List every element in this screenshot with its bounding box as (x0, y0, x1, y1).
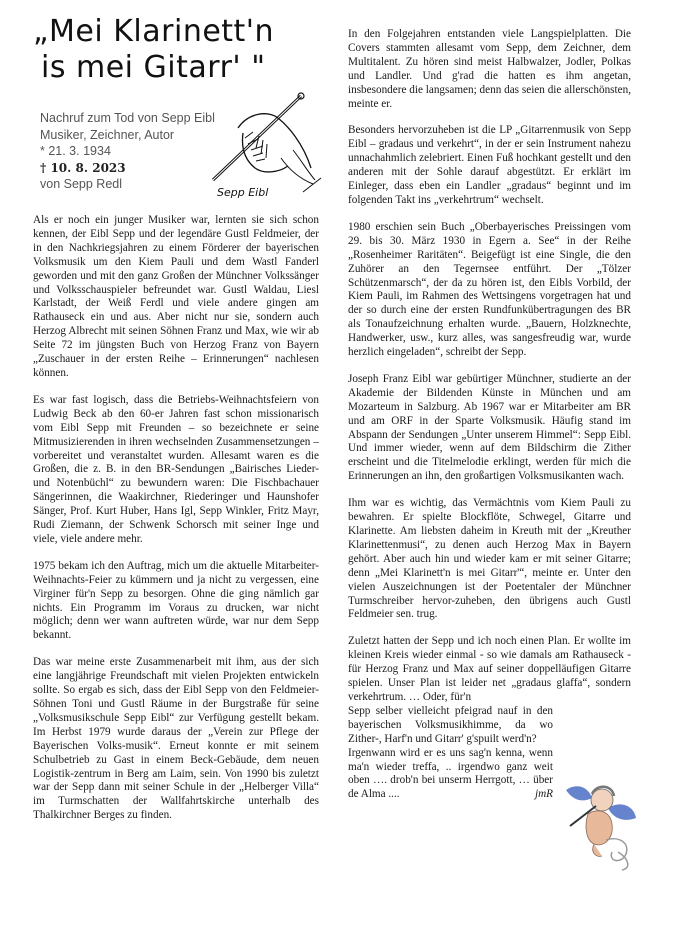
paragraph: Das war meine erste Zusammenarbeit mit i… (33, 656, 319, 823)
birth-date: * 21. 3. 1934 (40, 143, 215, 160)
hand-drawing-pen-icon: Sepp Eibl (193, 88, 323, 200)
author-line: von Sepp Redl (40, 176, 215, 193)
death-date: † 10. 8. 2023 (40, 160, 215, 177)
title-line-1: „Mei Klarinett'n (33, 14, 274, 49)
right-column: In den Folgejahren entstanden viele Lang… (348, 28, 631, 802)
closing-paragraph: Irgenwann wird er es uns sag'n kenna, we… (348, 747, 553, 803)
signature: jmR (535, 788, 553, 802)
title-line-2: is mei Gitarr' " (33, 50, 274, 86)
paragraph: Besonders hervorzuheben ist die LP „Gita… (348, 124, 631, 207)
paragraph: Ihm war es wichtig, das Vermächtnis vom … (348, 497, 631, 622)
roles: Musiker, Zeichner, Autor (40, 127, 215, 144)
svg-text:Sepp Eibl: Sepp Eibl (217, 186, 268, 199)
left-column: Als er noch ein junger Musiker war, lern… (33, 214, 319, 836)
paragraph: In den Folgejahren entstanden viele Lang… (348, 28, 631, 111)
subtitle: Nachruf zum Tod von Sepp Eibl (40, 110, 215, 127)
paragraph: Es war fast logisch, dass die Betriebs-W… (33, 394, 319, 547)
obituary-info: Nachruf zum Tod von Sepp Eibl Musiker, Z… (40, 110, 215, 193)
paragraph-narrow: Sepp selber vielleicht pfeigrad nauf in … (348, 705, 553, 747)
paragraph: 1975 bekam ich den Auftrag, mich um die … (33, 560, 319, 643)
paragraph: Als er noch ein junger Musiker war, lern… (33, 214, 319, 381)
paragraph: Zuletzt hatten der Sepp und ich noch ein… (348, 635, 631, 705)
paragraph: Joseph Franz Eibl war gebürtiger Münchne… (348, 373, 631, 484)
cherub-angel-icon (556, 778, 646, 873)
paragraph: 1980 erschien sein Buch „Oberbayerisches… (348, 221, 631, 360)
closing-text: Irgenwann wird er es uns sag'n kenna, we… (348, 747, 553, 801)
article-title: „Mei Klarinett'n is mei Gitarr' " (33, 14, 274, 86)
